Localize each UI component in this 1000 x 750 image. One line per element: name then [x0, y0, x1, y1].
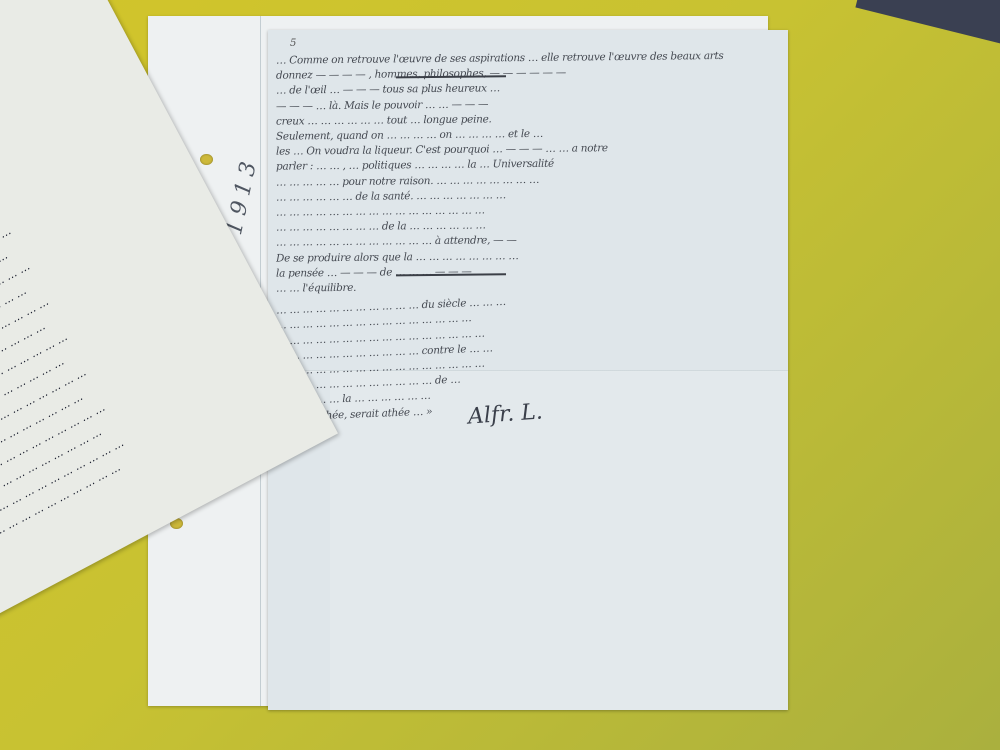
- page-number: 5: [290, 38, 296, 49]
- punch-hole-top: [200, 154, 213, 165]
- letter-page: 5 … Comme on retrouve l'œuvre de ses asp…: [268, 30, 788, 710]
- left-sheet-body: … … … …… … … … …… plusieurs grandes… des…: [0, 0, 56, 87]
- signature: Alfr. L.: [467, 399, 543, 429]
